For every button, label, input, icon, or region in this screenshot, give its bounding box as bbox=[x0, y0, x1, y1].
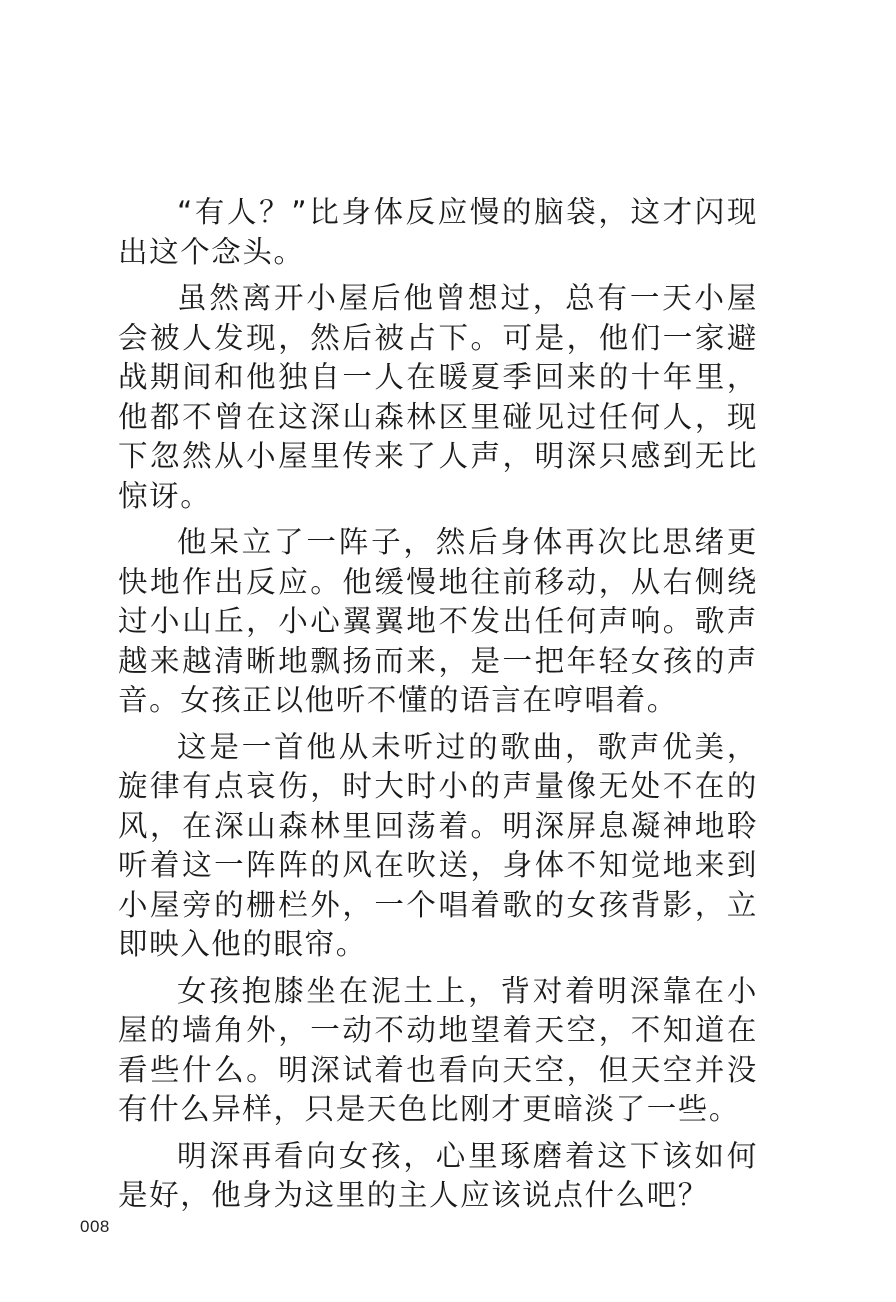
page-number: 008 bbox=[80, 1217, 110, 1237]
paragraph-1: “有人？”比身体反应慢的脑袋，这才闪现出这个念头。 bbox=[118, 193, 758, 272]
paragraph-2: 虽然离开小屋后他曾想过，总有一天小屋会被人发现，然后被占下。可是，他们一家避战期… bbox=[118, 279, 758, 516]
paragraph-4: 这是一首他从未听过的歌曲，歌声优美，旋律有点哀伤，时大时小的声量像无处不在的风，… bbox=[118, 728, 758, 965]
paragraph-6: 明深再看向女孩，心里琢磨着这下该如何是好，他身为这里的主人应该说点什么吧？ bbox=[118, 1137, 758, 1216]
page-body: “有人？”比身体反应慢的脑袋，这才闪现出这个念头。 虽然离开小屋后他曾想过，总有… bbox=[118, 193, 758, 1223]
paragraph-5: 女孩抱膝坐在泥土上，背对着明深靠在小屋的墙角外，一动不动地望着天空，不知道在看些… bbox=[118, 972, 758, 1130]
paragraph-3: 他呆立了一阵子，然后身体再次比思绪更快地作出反应。他缓慢地往前移动，从右侧绕过小… bbox=[118, 523, 758, 721]
